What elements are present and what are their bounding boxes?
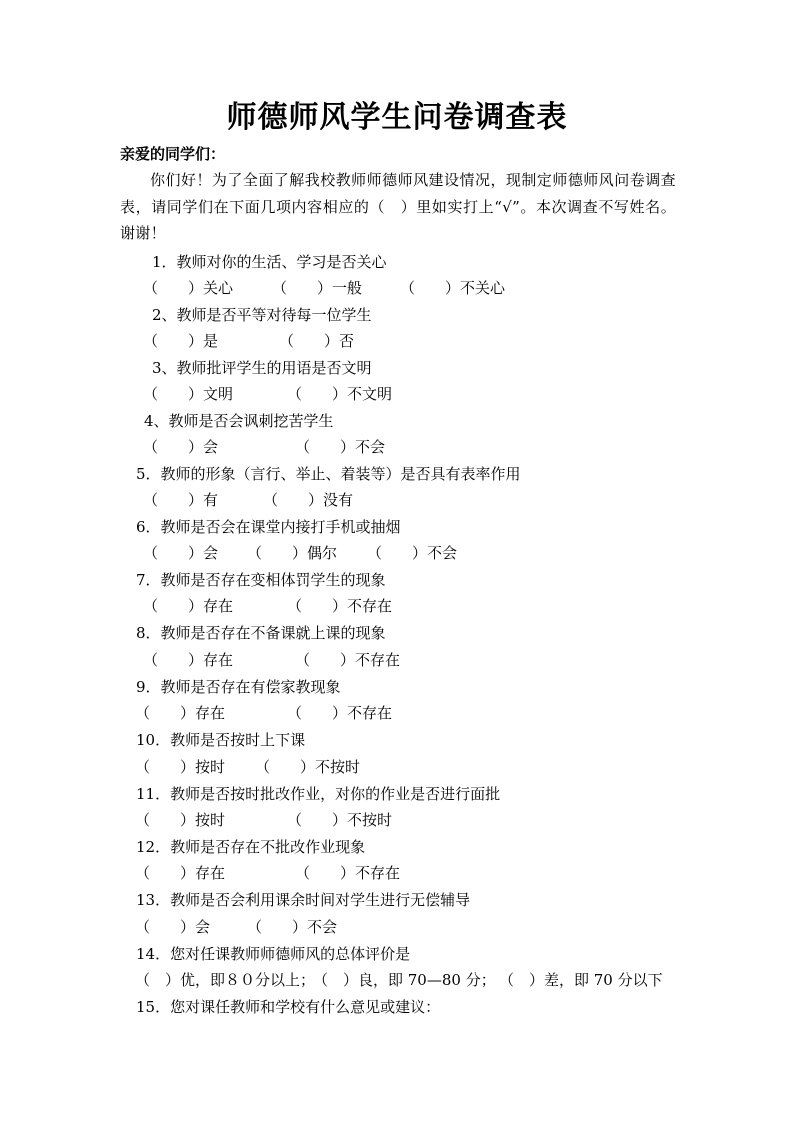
q5-option-2[interactable]: （ ）没有 [263,490,353,510]
q14-option-1[interactable]: （ ）优，即８０分以上； [135,970,315,990]
q4-option-2[interactable]: （ ）不会 [295,437,385,457]
q1-option-3[interactable]: （ ）不关心 [400,278,505,298]
q2-option-1[interactable]: （ ）是 [143,331,218,351]
greeting: 亲爱的同学们： [120,144,225,164]
question-2: 2、教师是否平等对待每一位学生 [152,305,372,325]
q10-option-1[interactable]: （ ）按时 [135,757,225,777]
q3-option-1[interactable]: （ ）文明 [143,384,233,404]
q4-option-1[interactable]: （ ）会 [143,437,218,457]
q10-option-2[interactable]: （ ）不按时 [255,757,360,777]
q3-option-2[interactable]: （ ）不文明 [287,384,392,404]
q14-option-2[interactable]: （ ）良，即 70—80 分； [313,970,496,990]
q9-option-2[interactable]: （ ）不存在 [287,703,392,723]
question-11: 11．教师是否按时批改作业，对你的作业是否进行面批 [136,784,500,804]
q13-option-1[interactable]: （ ）会 [135,917,210,937]
q8-option-1[interactable]: （ ）存在 [143,650,233,670]
q12-option-2[interactable]: （ ）不存在 [295,863,400,883]
q2-option-2[interactable]: （ ）否 [279,331,354,351]
q13-option-2[interactable]: （ ）不会 [247,917,337,937]
page-title: 师德师风学生问卷调查表 [0,98,794,138]
question-15: 15．您对课任教师和学校有什么意见或建议： [136,997,440,1017]
q7-option-2[interactable]: （ ）不存在 [287,596,392,616]
q6-option-3[interactable]: （ ）不会 [367,543,457,563]
q11-option-1[interactable]: （ ）按时 [135,810,225,830]
q8-option-2[interactable]: （ ）不存在 [295,650,400,670]
q14-option-3[interactable]: （ ）差，即 70 分以下 [499,970,663,990]
question-12: 12．教师是否存在不批改作业现象 [136,837,365,857]
question-14: 14．您对任课教师师德师风的总体评价是 [136,944,410,964]
question-4: 4、教师是否会讽刺挖苦学生 [144,411,334,431]
document-page: 师德师风学生问卷调查表 亲爱的同学们： 你们好！为了全面了解我校教师师德师风建设… [0,0,794,1123]
question-10: 10．教师是否按时上下课 [136,730,305,750]
intro-paragraph: 你们好！为了全面了解我校教师师德师风建设情况，现制定师德师风问卷调查表，请同学们… [120,167,676,247]
question-5: 5．教师的形象（言行、举止、着装等）是否具有表率作用 [136,464,521,484]
question-3: 3、教师批评学生的用语是否文明 [152,358,372,378]
q1-option-2[interactable]: （ ）一般 [272,278,362,298]
q5-option-1[interactable]: （ ）有 [143,490,218,510]
q1-option-1[interactable]: （ ）关心 [143,278,233,298]
question-7: 7．教师是否存在变相体罚学生的现象 [136,570,386,590]
question-8: 8．教师是否存在不备课就上课的现象 [136,623,386,643]
question-9: 9．教师是否存在有偿家教现象 [136,677,341,697]
q11-option-2[interactable]: （ ）不按时 [287,810,392,830]
question-1: 1．教师对你的生活、学习是否关心 [152,252,387,272]
q12-option-1[interactable]: （ ）存在 [135,863,225,883]
q7-option-1[interactable]: （ ）存在 [143,596,233,616]
q6-option-2[interactable]: （ ）偶尔 [247,543,337,563]
q6-option-1[interactable]: （ ）会 [143,543,218,563]
question-13: 13．教师是否会利用课余时间对学生进行无偿辅导 [136,890,470,910]
question-6: 6．教师是否会在课堂内接打手机或抽烟 [136,517,401,537]
q9-option-1[interactable]: （ ）存在 [135,703,225,723]
